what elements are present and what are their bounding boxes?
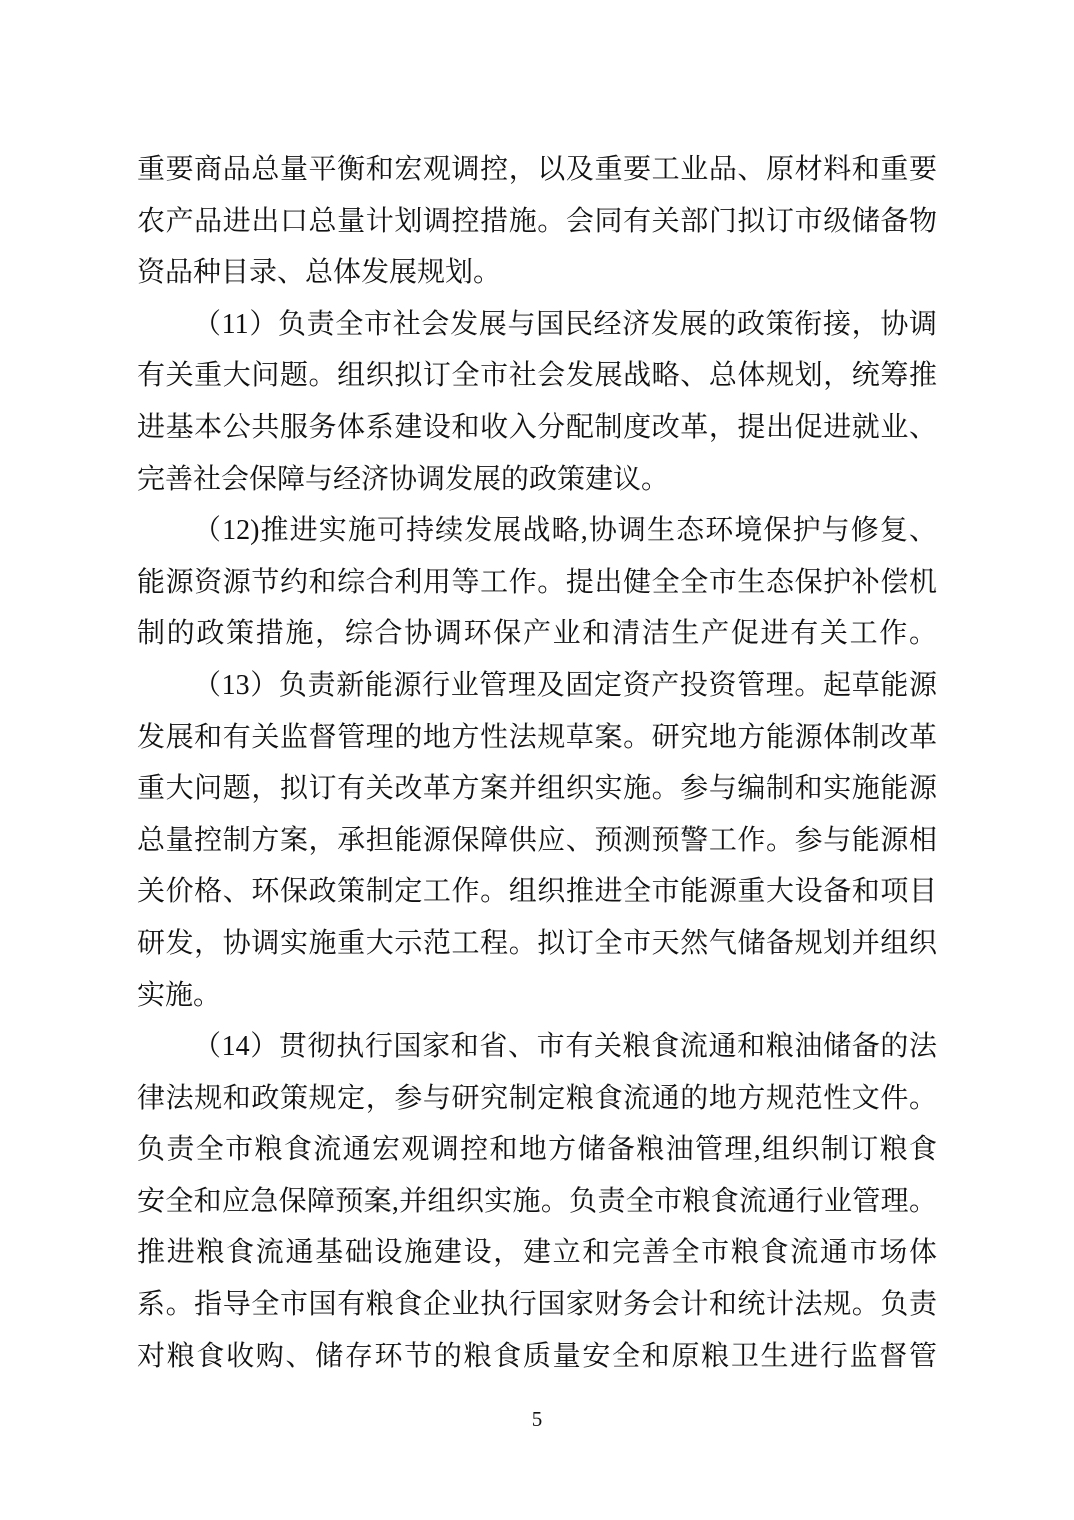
text-line: 关价格、环保政策制定工作。组织推进全市能源重大设备和项目 (137, 866, 937, 918)
text-line: 律法规和政策规定，参与研究制定粮食流通的地方规范性文件。 (137, 1073, 937, 1125)
text-line: 对粮食收购、储存环节的粮食质量安全和原粮卫生进行监督管 (137, 1331, 937, 1383)
text-line: 重要商品总量平衡和宏观调控，以及重要工业品、原材料和重要 (137, 144, 937, 196)
text-line: （13）负责新能源行业管理及固定资产投资管理。起草能源 (137, 660, 937, 712)
text-line: 推进粮食流通基础设施建设，建立和完善全市粮食流通市场体 (137, 1227, 937, 1279)
text-line: （12)推进实施可持续发展战略,协调生态环境保护与修复、 (137, 505, 937, 557)
text-line: 完善社会保障与经济协调发展的政策建议。 (137, 454, 937, 506)
text-line: 能源资源节约和综合利用等工作。提出健全全市生态保护补偿机 (137, 557, 937, 609)
paragraph: （12)推进实施可持续发展战略,协调生态环境保护与修复、 能源资源节约和综合利用… (137, 505, 937, 660)
document-page: 重要商品总量平衡和宏观调控，以及重要工业品、原材料和重要 农产品进出口总量计划调… (0, 0, 1074, 1520)
paragraph: （11）负责全市社会发展与国民经济发展的政策衔接，协调 有关重大问题。组织拟订全… (137, 299, 937, 505)
text-line: 发展和有关监督管理的地方性法规草案。研究地方能源体制改革 (137, 712, 937, 764)
text-line: 实施。 (137, 970, 937, 1022)
text-line: 制的政策措施，综合协调环保产业和清洁生产促进有关工作。 (137, 608, 937, 660)
text-line: （14）贯彻执行国家和省、市有关粮食流通和粮油储备的法 (137, 1021, 937, 1073)
text-line: 研发，协调实施重大示范工程。拟订全市天然气储备规划并组织 (137, 918, 937, 970)
paragraph: 重要商品总量平衡和宏观调控，以及重要工业品、原材料和重要 农产品进出口总量计划调… (137, 144, 937, 299)
text-line: 资品种目录、总体发展规划。 (137, 247, 937, 299)
page-number: 5 (0, 1404, 1074, 1434)
text-line: 重大问题，拟订有关改革方案并组织实施。参与编制和实施能源 (137, 763, 937, 815)
text-line: 进基本公共服务体系建设和收入分配制度改革，提出促进就业、 (137, 402, 937, 454)
text-line: 系。指导全市国有粮食企业执行国家财务会计和统计法规。负责 (137, 1279, 937, 1331)
text-line: 安全和应急保障预案,并组织实施。负责全市粮食流通行业管理。 (137, 1176, 937, 1228)
text-line: 农产品进出口总量计划调控措施。会同有关部门拟订市级储备物 (137, 196, 937, 248)
text-line: 负责全市粮食流通宏观调控和地方储备粮油管理,组织制订粮食 (137, 1124, 937, 1176)
paragraph: （13）负责新能源行业管理及固定资产投资管理。起草能源 发展和有关监督管理的地方… (137, 660, 937, 1021)
text-line: 总量控制方案，承担能源保障供应、预测预警工作。参与能源相 (137, 815, 937, 867)
text-line: （11）负责全市社会发展与国民经济发展的政策衔接，协调 (137, 299, 937, 351)
paragraph: （14）贯彻执行国家和省、市有关粮食流通和粮油储备的法 律法规和政策规定，参与研… (137, 1021, 937, 1382)
text-line: 有关重大问题。组织拟订全市社会发展战略、总体规划，统筹推 (137, 350, 937, 402)
document-body: 重要商品总量平衡和宏观调控，以及重要工业品、原材料和重要 农产品进出口总量计划调… (137, 144, 937, 1382)
